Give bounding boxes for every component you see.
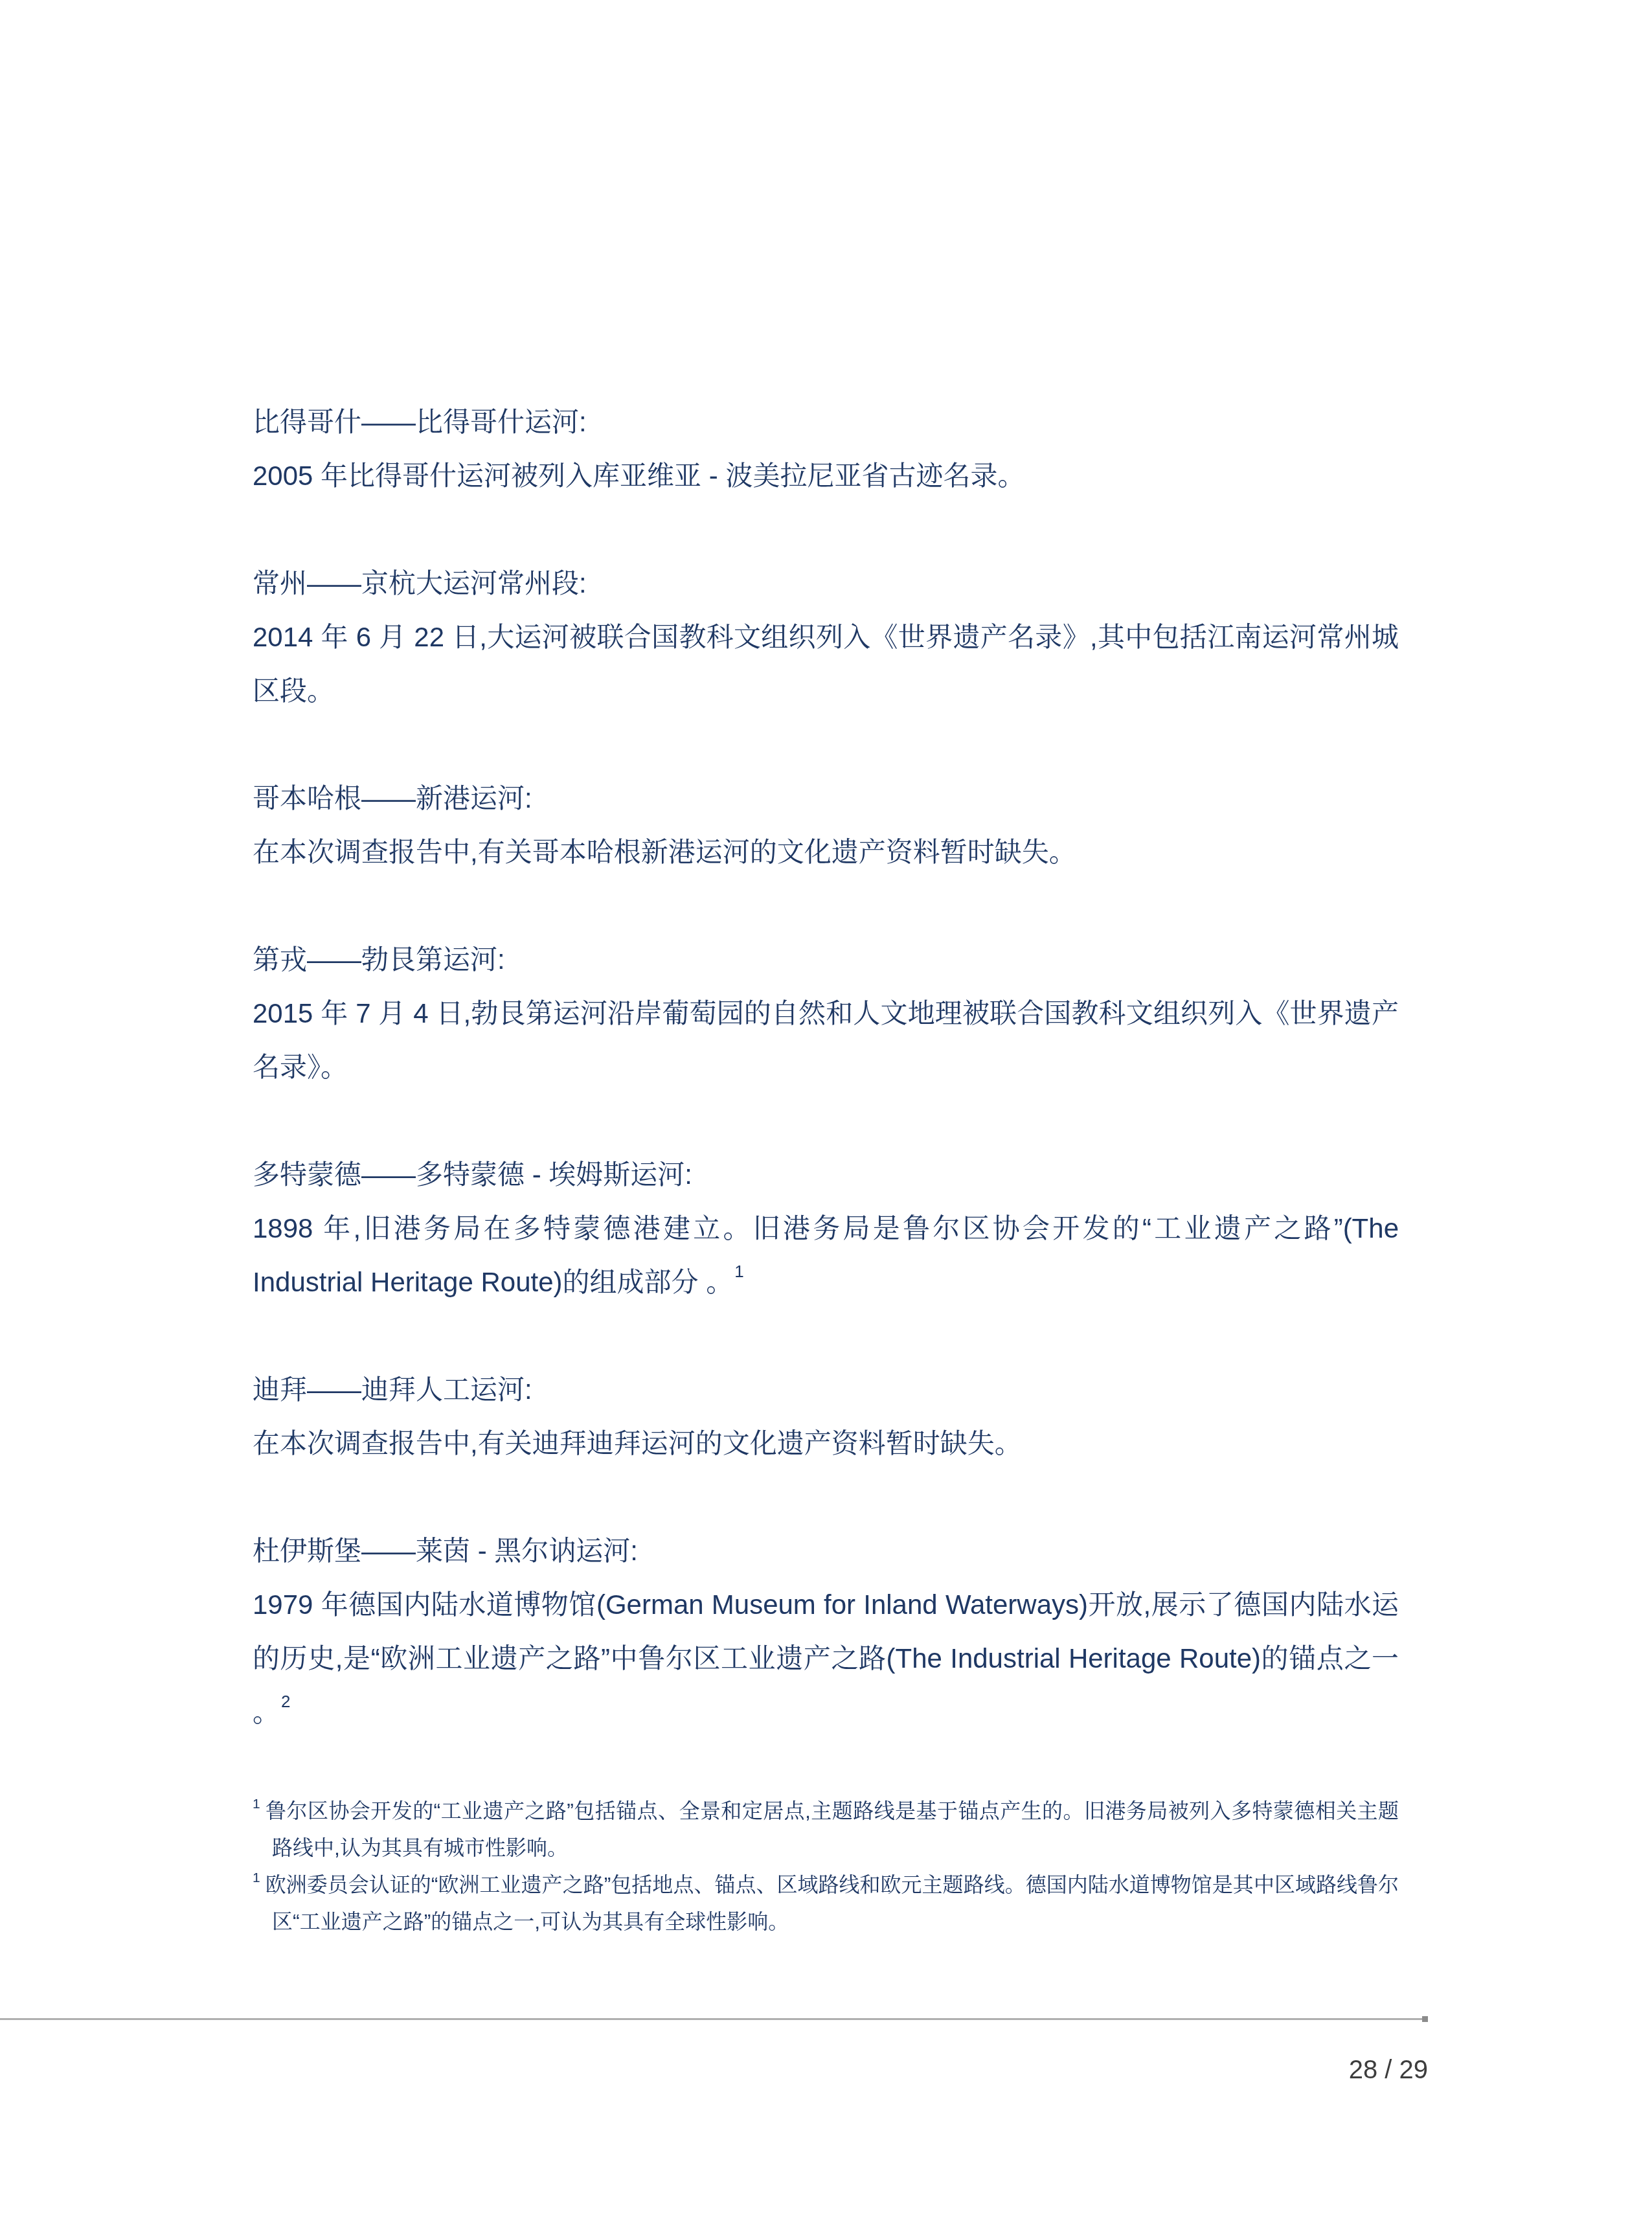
section-body: 2014 年 6 月 22 日,大运河被联合国教科文组织列入《世界遗产名录》,其… (253, 610, 1399, 718)
footnote-reference: 2 (281, 1692, 290, 1711)
section-title: 迪拜——迪拜人工运河: (253, 1363, 1399, 1416)
document-page: 比得哥什——比得哥什运河: 2005 年比得哥什运河被列入库亚维亚 - 波美拉尼… (0, 0, 1652, 2226)
footnote: 1欧洲委员会认证的“欧洲工业遗产之路”包括地点、锚点、区域路线和欧元主题路线。德… (253, 1867, 1399, 1940)
page-number: 28 / 29 (1349, 2054, 1428, 2085)
footer-rule (0, 2018, 1428, 2020)
canal-section: 多特蒙德——多特蒙德 - 埃姆斯运河: 1898 年,旧港务局在多特蒙德港建立。… (253, 1148, 1399, 1309)
section-body-text: 2014 年 6 月 22 日,大运河被联合国教科文组织列入《世界遗产名录》,其… (253, 622, 1399, 706)
section-body: 在本次调查报告中,有关哥本哈根新港运河的文化遗产资料暂时缺失。 (253, 825, 1399, 879)
footnote: 1鲁尔区协会开发的“工业遗产之路”包括锚点、全景和定居点,主题路线是基于锚点产生… (253, 1793, 1399, 1867)
footnote-reference: 1 (734, 1262, 743, 1281)
section-title: 第戎——勃艮第运河: (253, 933, 1399, 986)
canal-section: 比得哥什——比得哥什运河: 2005 年比得哥什运河被列入库亚维亚 - 波美拉尼… (253, 395, 1399, 503)
canal-section: 常州——京杭大运河常州段: 2014 年 6 月 22 日,大运河被联合国教科文… (253, 556, 1399, 718)
section-body-text: 1898 年,旧港务局在多特蒙德港建立。旧港务局是鲁尔区协会开发的“工业遗产之路… (253, 1213, 1399, 1297)
canal-section: 迪拜——迪拜人工运河: 在本次调查报告中,有关迪拜迪拜运河的文化遗产资料暂时缺失… (253, 1363, 1399, 1470)
footnote-marker: 1 (253, 1870, 260, 1885)
section-title: 常州——京杭大运河常州段: (253, 556, 1399, 610)
section-body: 2015 年 7 月 4 日,勃艮第运河沿岸葡萄园的自然和人文地理被联合国教科文… (253, 986, 1399, 1094)
section-body-text: 1979 年德国内陆水道博物馆(German Museum for Inland… (253, 1589, 1399, 1727)
section-body-text: 在本次调查报告中,有关迪拜迪拜运河的文化遗产资料暂时缺失。 (253, 1428, 1022, 1459)
section-body: 1898 年,旧港务局在多特蒙德港建立。旧港务局是鲁尔区协会开发的“工业遗产之路… (253, 1201, 1399, 1309)
content-area: 比得哥什——比得哥什运河: 2005 年比得哥什运河被列入库亚维亚 - 波美拉尼… (253, 395, 1399, 1940)
canal-section: 杜伊斯堡——莱茵 - 黑尔讷运河: 1979 年德国内陆水道博物馆(German… (253, 1524, 1399, 1739)
section-body: 2005 年比得哥什运河被列入库亚维亚 - 波美拉尼亚省古迹名录。 (253, 449, 1399, 503)
footnotes-area: 1鲁尔区协会开发的“工业遗产之路”包括锚点、全景和定居点,主题路线是基于锚点产生… (253, 1793, 1399, 1940)
section-body-text: 2005 年比得哥什运河被列入库亚维亚 - 波美拉尼亚省古迹名录。 (253, 460, 1024, 491)
section-title: 比得哥什——比得哥什运河: (253, 395, 1399, 449)
footnote-marker: 1 (253, 1797, 260, 1811)
section-title: 哥本哈根——新港运河: (253, 771, 1399, 825)
footnote-text: 鲁尔区协会开发的“工业遗产之路”包括锚点、全景和定居点,主题路线是基于锚点产生的… (266, 1799, 1399, 1859)
footnote-text: 欧洲委员会认证的“欧洲工业遗产之路”包括地点、锚点、区域路线和欧元主题路线。德国… (266, 1873, 1399, 1933)
section-body-text: 2015 年 7 月 4 日,勃艮第运河沿岸葡萄园的自然和人文地理被联合国教科文… (253, 998, 1399, 1082)
sections-list: 比得哥什——比得哥什运河: 2005 年比得哥什运河被列入库亚维亚 - 波美拉尼… (253, 395, 1399, 1739)
section-body: 1979 年德国内陆水道博物馆(German Museum for Inland… (253, 1578, 1399, 1739)
section-body: 在本次调查报告中,有关迪拜迪拜运河的文化遗产资料暂时缺失。 (253, 1416, 1399, 1470)
section-title: 多特蒙德——多特蒙德 - 埃姆斯运河: (253, 1148, 1399, 1201)
footer-rule-end-dot (1422, 2016, 1428, 2022)
canal-section: 哥本哈根——新港运河: 在本次调查报告中,有关哥本哈根新港运河的文化遗产资料暂时… (253, 771, 1399, 879)
section-title: 杜伊斯堡——莱茵 - 黑尔讷运河: (253, 1524, 1399, 1578)
section-body-text: 在本次调查报告中,有关哥本哈根新港运河的文化遗产资料暂时缺失。 (253, 837, 1076, 867)
canal-section: 第戎——勃艮第运河: 2015 年 7 月 4 日,勃艮第运河沿岸葡萄园的自然和… (253, 933, 1399, 1094)
